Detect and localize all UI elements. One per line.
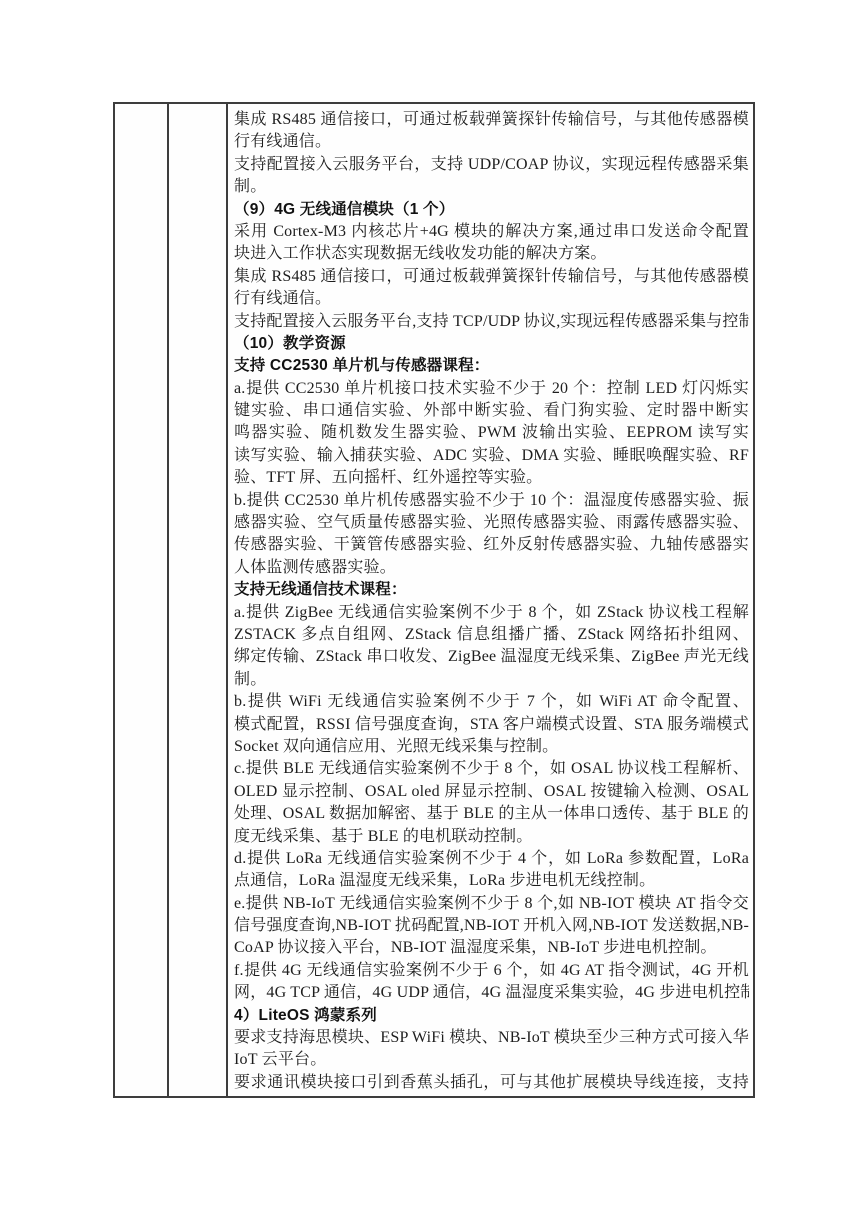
text-line: b.提供 WiFi 无线通信实验案例不少于 7 个，如 WiFi AT 命令配置… — [234, 691, 749, 713]
text-line: 绑定传输、ZStack 串口收发、ZigBee 温湿度无线采集、ZigBee 声… — [234, 646, 749, 668]
document-page: 集成 RS485 通信接口，可通过板载弹簧探针传输信号，与其他传感器模块进行有线… — [0, 0, 860, 1217]
text-line: 模式配置，RSSI 信号强度查询，STA 客户端模式设置、STA 服务端模式设置… — [234, 714, 749, 736]
text-line: 处理、OSAL 数据加解密、基于 BLE 的主从一体串口透传、基于 BLE 的温… — [234, 803, 749, 825]
text-line: 度无线采集、基于 BLE 的电机联动控制。 — [234, 826, 749, 848]
content-lines-container: 集成 RS485 通信接口，可通过板载弹簧探针传输信号，与其他传感器模块进行有线… — [234, 109, 749, 1094]
text-line: 采用 Cortex-M3 内核芯片+4G 模块的解决方案,通过串口发送命令配置 … — [234, 221, 749, 243]
text-line: IoT 云平台。 — [234, 1049, 749, 1071]
spec-content-cell: 集成 RS485 通信接口，可通过板载弹簧探针传输信号，与其他传感器模块进行有线… — [228, 104, 753, 1096]
text-line: a.提供 ZigBee 无线通信实验案例不少于 8 个，如 ZStack 协议栈… — [234, 602, 749, 624]
text-line: ZSTACK 多点自组网、ZStack 信息组播广播、ZStack 网络拓扑组网… — [234, 624, 749, 646]
text-line: 块进入工作状态实现数据无线收发功能的解决方案。 — [234, 243, 749, 265]
text-line: 键实验、串口通信实验、外部中断实验、看门狗实验、定时器中断实验、蜂 — [234, 400, 749, 422]
text-line: f.提供 4G 无线通信实验案例不少于 6 个，如 4G AT 指令测试，4G … — [234, 960, 749, 982]
section-heading-line: （9）4G 无线通信模块（1 个） — [234, 199, 749, 221]
table-cell-empty-1 — [115, 104, 169, 1096]
text-line: 传感器实验、干簧管传感器实验、红外反射传感器实验、九轴传感器实验、 — [234, 534, 749, 556]
text-line: 要求支持海思模块、ESP WiFi 模块、NB-IoT 模块至少三种方式可接入华… — [234, 1027, 749, 1049]
text-line: 集成 RS485 通信接口，可通过板载弹簧探针传输信号，与其他传感器模块进 — [234, 266, 749, 288]
text-line: 验、TFT 屏、五向摇杆、红外遥控等实验。 — [234, 467, 749, 489]
text-line: 点通信，LoRa 温湿度无线采集，LoRa 步进电机无线控制。 — [234, 870, 749, 892]
text-line: 行有线通信。 — [234, 131, 749, 153]
text-line: d.提供 LoRa 无线通信实验案例不少于 4 个，如 LoRa 参数配置，Lo… — [234, 848, 749, 870]
text-line: 鸣器实验、随机数发生器实验、PWM 波输出实验、EEPROM 读写实验、SPI … — [234, 422, 749, 444]
text-line: 感器实验、空气质量传感器实验、光照传感器实验、雨露传感器实验、霍尔 — [234, 512, 749, 534]
spec-table: 集成 RS485 通信接口，可通过板载弹簧探针传输信号，与其他传感器模块进行有线… — [113, 102, 755, 1098]
text-line: a.提供 CC2530 单片机接口技术实验不少于 20 个：控制 LED 灯闪烁… — [234, 378, 749, 400]
text-line: OLED 显示控制、OSAL oled 屏显示控制、OSAL 按键输入检测、OS… — [234, 781, 749, 803]
text-line: 集成 RS485 通信接口，可通过板载弹簧探针传输信号，与其他传感器模块进 — [234, 109, 749, 131]
text-line: CoAP 协议接入平台，NB-IOT 温湿度采集，NB-IoT 步进电机控制。 — [234, 937, 749, 959]
text-line: 行有线通信。 — [234, 288, 749, 310]
text-line: 制。 — [234, 176, 749, 198]
text-line: b.提供 CC2530 单片机传感器实验不少于 10 个：温湿度传感器实验、振动… — [234, 490, 749, 512]
text-line: 制。 — [234, 669, 749, 691]
text-line: 支持配置接入云服务平台，支持 UDP/COAP 协议，实现远程传感器采集与控 — [234, 154, 749, 176]
text-line: 人体监测传感器实验。 — [234, 557, 749, 579]
section-heading-line: 支持 CC2530 单片机与传感器课程： — [234, 355, 749, 377]
text-line: Socket 双向通信应用、光照无线采集与控制。 — [234, 736, 749, 758]
table-cell-empty-2 — [169, 104, 228, 1096]
text-line: 网，4G TCP 通信，4G UDP 通信，4G 温湿度采集实验，4G 步进电机… — [234, 982, 749, 1004]
text-line: c.提供 BLE 无线通信实验案例不少于 8 个，如 OSAL 协议栈工程解析、… — [234, 758, 749, 780]
section-heading-line: 支持无线通信技术课程： — [234, 579, 749, 601]
text-line: 读写实验、输入捕获实验、ADC 实验、DMA 实验、睡眠唤醒实验、RF 通信实 — [234, 445, 749, 467]
text-line: 信号强度查询,NB-IOT 扰码配置,NB-IOT 开机入网,NB-IOT 发送… — [234, 915, 749, 937]
section-heading-line: （10）教学资源 — [234, 333, 749, 355]
text-line: e.提供 NB-IoT 无线通信实验案例不少于 8 个,如 NB-IOT 模块 … — [234, 893, 749, 915]
text-line: 要求通讯模块接口引到香蕉头插孔，可与其他扩展模块导线连接，支持物联 — [234, 1072, 749, 1094]
text-line: 支持配置接入云服务平台,支持 TCP/UDP 协议,实现远程传感器采集与控制。 — [234, 311, 749, 333]
section-heading-line: 4）LiteOS 鸿蒙系列 — [234, 1005, 749, 1027]
